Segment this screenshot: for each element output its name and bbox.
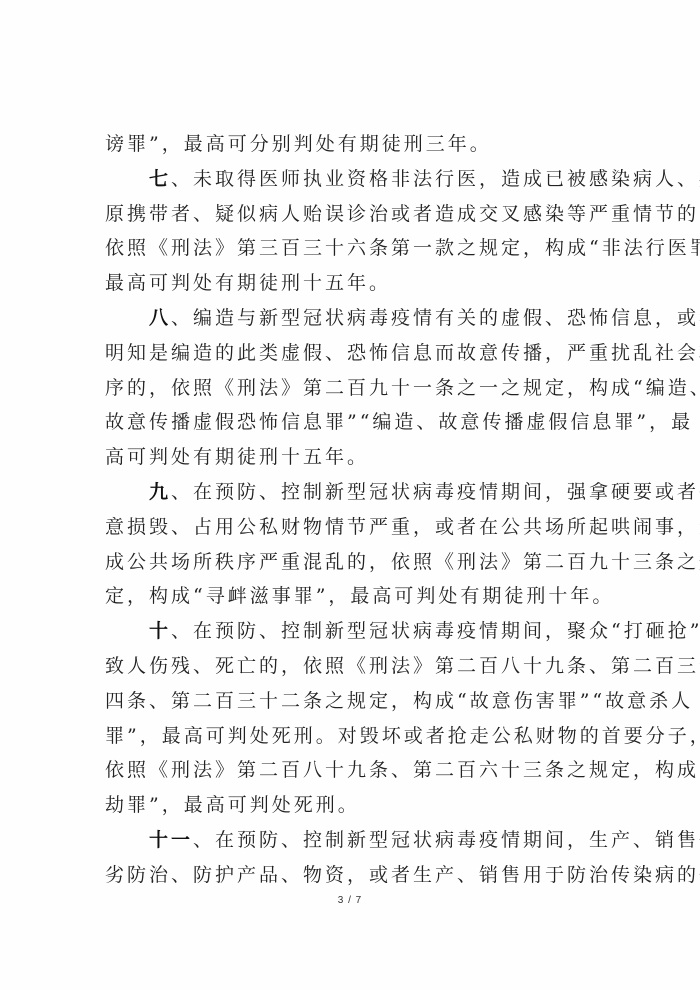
line-text: 罪”，最高可判处死刑。对毁坏或者抢走公私财物的首要分子， <box>105 725 700 747</box>
paragraph-9-line: 成公共场所秩序严重混乱的，依照《刑法》第二百九十三条之规 <box>105 545 601 580</box>
paragraph-11-line: 十一、在预防、控制新型冠状病毒疫情期间，生产、销售伪 <box>105 823 601 858</box>
paragraph-10-line: 劫罪”，最高可判处死刑。 <box>105 788 601 823</box>
paragraph-10-line: 四条、第二百三十二条之规定，构成“故意伤害罪”“故意杀人 <box>105 684 601 719</box>
line-text: 成公共场所秩序严重混乱的，依照《刑法》第二百九十三条之规 <box>105 551 700 573</box>
line-text: 、在预防、控制新型冠状病毒疫情期间，聚众“打砸抢”， <box>171 620 700 642</box>
line-text: 、编造与新型冠状病毒疫情有关的虚假、恐怖信息，或者 <box>171 307 700 329</box>
line-text: 劣防治、防护产品、物资，或者生产、销售用于防治传染病的假 <box>105 864 700 886</box>
line-text: 、未取得医师执业资格非法行医，造成已被感染病人、病 <box>171 168 700 190</box>
section-number: 九 <box>149 481 171 503</box>
document-page: 谤罪”，最高可分别判处有期徒刑三年。 七、未取得医师执业资格非法行医，造成已被感… <box>0 0 700 990</box>
paragraph-10-line: 依照《刑法》第二百八十九条、第二百六十三条之规定，构成“抢 <box>105 753 601 788</box>
section-number: 七 <box>149 168 171 190</box>
paragraph-line: 谤罪”，最高可分别判处有期徒刑三年。 <box>105 127 601 162</box>
line-text: 高可判处有期徒刑十五年。 <box>105 446 369 468</box>
page-number: 3 / 7 <box>0 895 700 906</box>
section-number: 十一 <box>149 829 193 851</box>
paragraph-9-line: 定，构成“寻衅滋事罪”，最高可判处有期徒刑十年。 <box>105 579 601 614</box>
paragraph-8-line: 序的，依照《刑法》第二百九十一条之一之规定，构成“编造、 <box>105 371 601 406</box>
line-text: 依照《刑法》第二百八十九条、第二百六十三条之规定，构成“抢 <box>105 759 700 781</box>
paragraph-10-line: 罪”，最高可判处死刑。对毁坏或者抢走公私财物的首要分子， <box>105 719 601 754</box>
paragraph-8-line: 故意传播虚假恐怖信息罪”“编造、故意传播虚假信息罪”，最 <box>105 405 601 440</box>
paragraph-8-line: 八、编造与新型冠状病毒疫情有关的虚假、恐怖信息，或者 <box>105 301 601 336</box>
paragraph-7-line: 依照《刑法》第三百三十六条第一款之规定，构成“非法行医罪”， <box>105 231 601 266</box>
paragraph-7-line: 七、未取得医师执业资格非法行医，造成已被感染病人、病 <box>105 162 601 197</box>
paragraph-8-line: 高可判处有期徒刑十五年。 <box>105 440 601 475</box>
document-body: 谤罪”，最高可分别判处有期徒刑三年。 七、未取得医师执业资格非法行医，造成已被感… <box>105 127 601 893</box>
paragraph-8-line: 明知是编造的此类虚假、恐怖信息而故意传播，严重扰乱社会秩 <box>105 336 601 371</box>
paragraph-11-line: 劣防治、防护产品、物资，或者生产、销售用于防治传染病的假 <box>105 858 601 893</box>
line-text: 致人伤残、死亡的，依照《刑法》第二百八十九条、第二百三十 <box>105 655 700 677</box>
paragraph-7-line: 原携带者、疑似病人贻误诊治或者造成交叉感染等严重情节的， <box>105 197 601 232</box>
paragraph-7-line: 最高可判处有期徒刑十五年。 <box>105 266 601 301</box>
paragraph-9-line: 意损毁、占用公私财物情节严重，或者在公共场所起哄闹事，造 <box>105 510 601 545</box>
line-text: 序的，依照《刑法》第二百九十一条之一之规定，构成“编造、 <box>105 377 700 399</box>
line-text: 依照《刑法》第三百三十六条第一款之规定，构成“非法行医罪”， <box>105 237 700 259</box>
line-text: 、在预防、控制新型冠状病毒疫情期间，强拿硬要或者任 <box>171 481 700 503</box>
line-text: 故意传播虚假恐怖信息罪”“编造、故意传播虚假信息罪”，最 <box>105 411 693 433</box>
line-text: 原携带者、疑似病人贻误诊治或者造成交叉感染等严重情节的， <box>105 203 700 225</box>
line-text: 最高可判处有期徒刑十五年。 <box>105 272 391 294</box>
line-text: 定，构成“寻衅滋事罪”，最高可判处有期徒刑十年。 <box>105 585 614 607</box>
paragraph-10-line: 十、在预防、控制新型冠状病毒疫情期间，聚众“打砸抢”， <box>105 614 601 649</box>
line-text: 意损毁、占用公私财物情节严重，或者在公共场所起哄闹事，造 <box>105 516 700 538</box>
paragraph-10-line: 致人伤残、死亡的，依照《刑法》第二百八十九条、第二百三十 <box>105 649 601 684</box>
line-text: 四条、第二百三十二条之规定，构成“故意伤害罪”“故意杀人 <box>105 690 693 712</box>
line-text: 明知是编造的此类虚假、恐怖信息而故意传播，严重扰乱社会秩 <box>105 342 700 364</box>
line-text: 、在预防、控制新型冠状病毒疫情期间，生产、销售伪 <box>193 829 700 851</box>
line-text: 谤罪”，最高可分别判处有期徒刑三年。 <box>105 133 492 155</box>
section-number: 八 <box>149 307 171 329</box>
paragraph-9-line: 九、在预防、控制新型冠状病毒疫情期间，强拿硬要或者任 <box>105 475 601 510</box>
section-number: 十 <box>149 620 171 642</box>
line-text: 劫罪”，最高可判处死刑。 <box>105 794 360 816</box>
